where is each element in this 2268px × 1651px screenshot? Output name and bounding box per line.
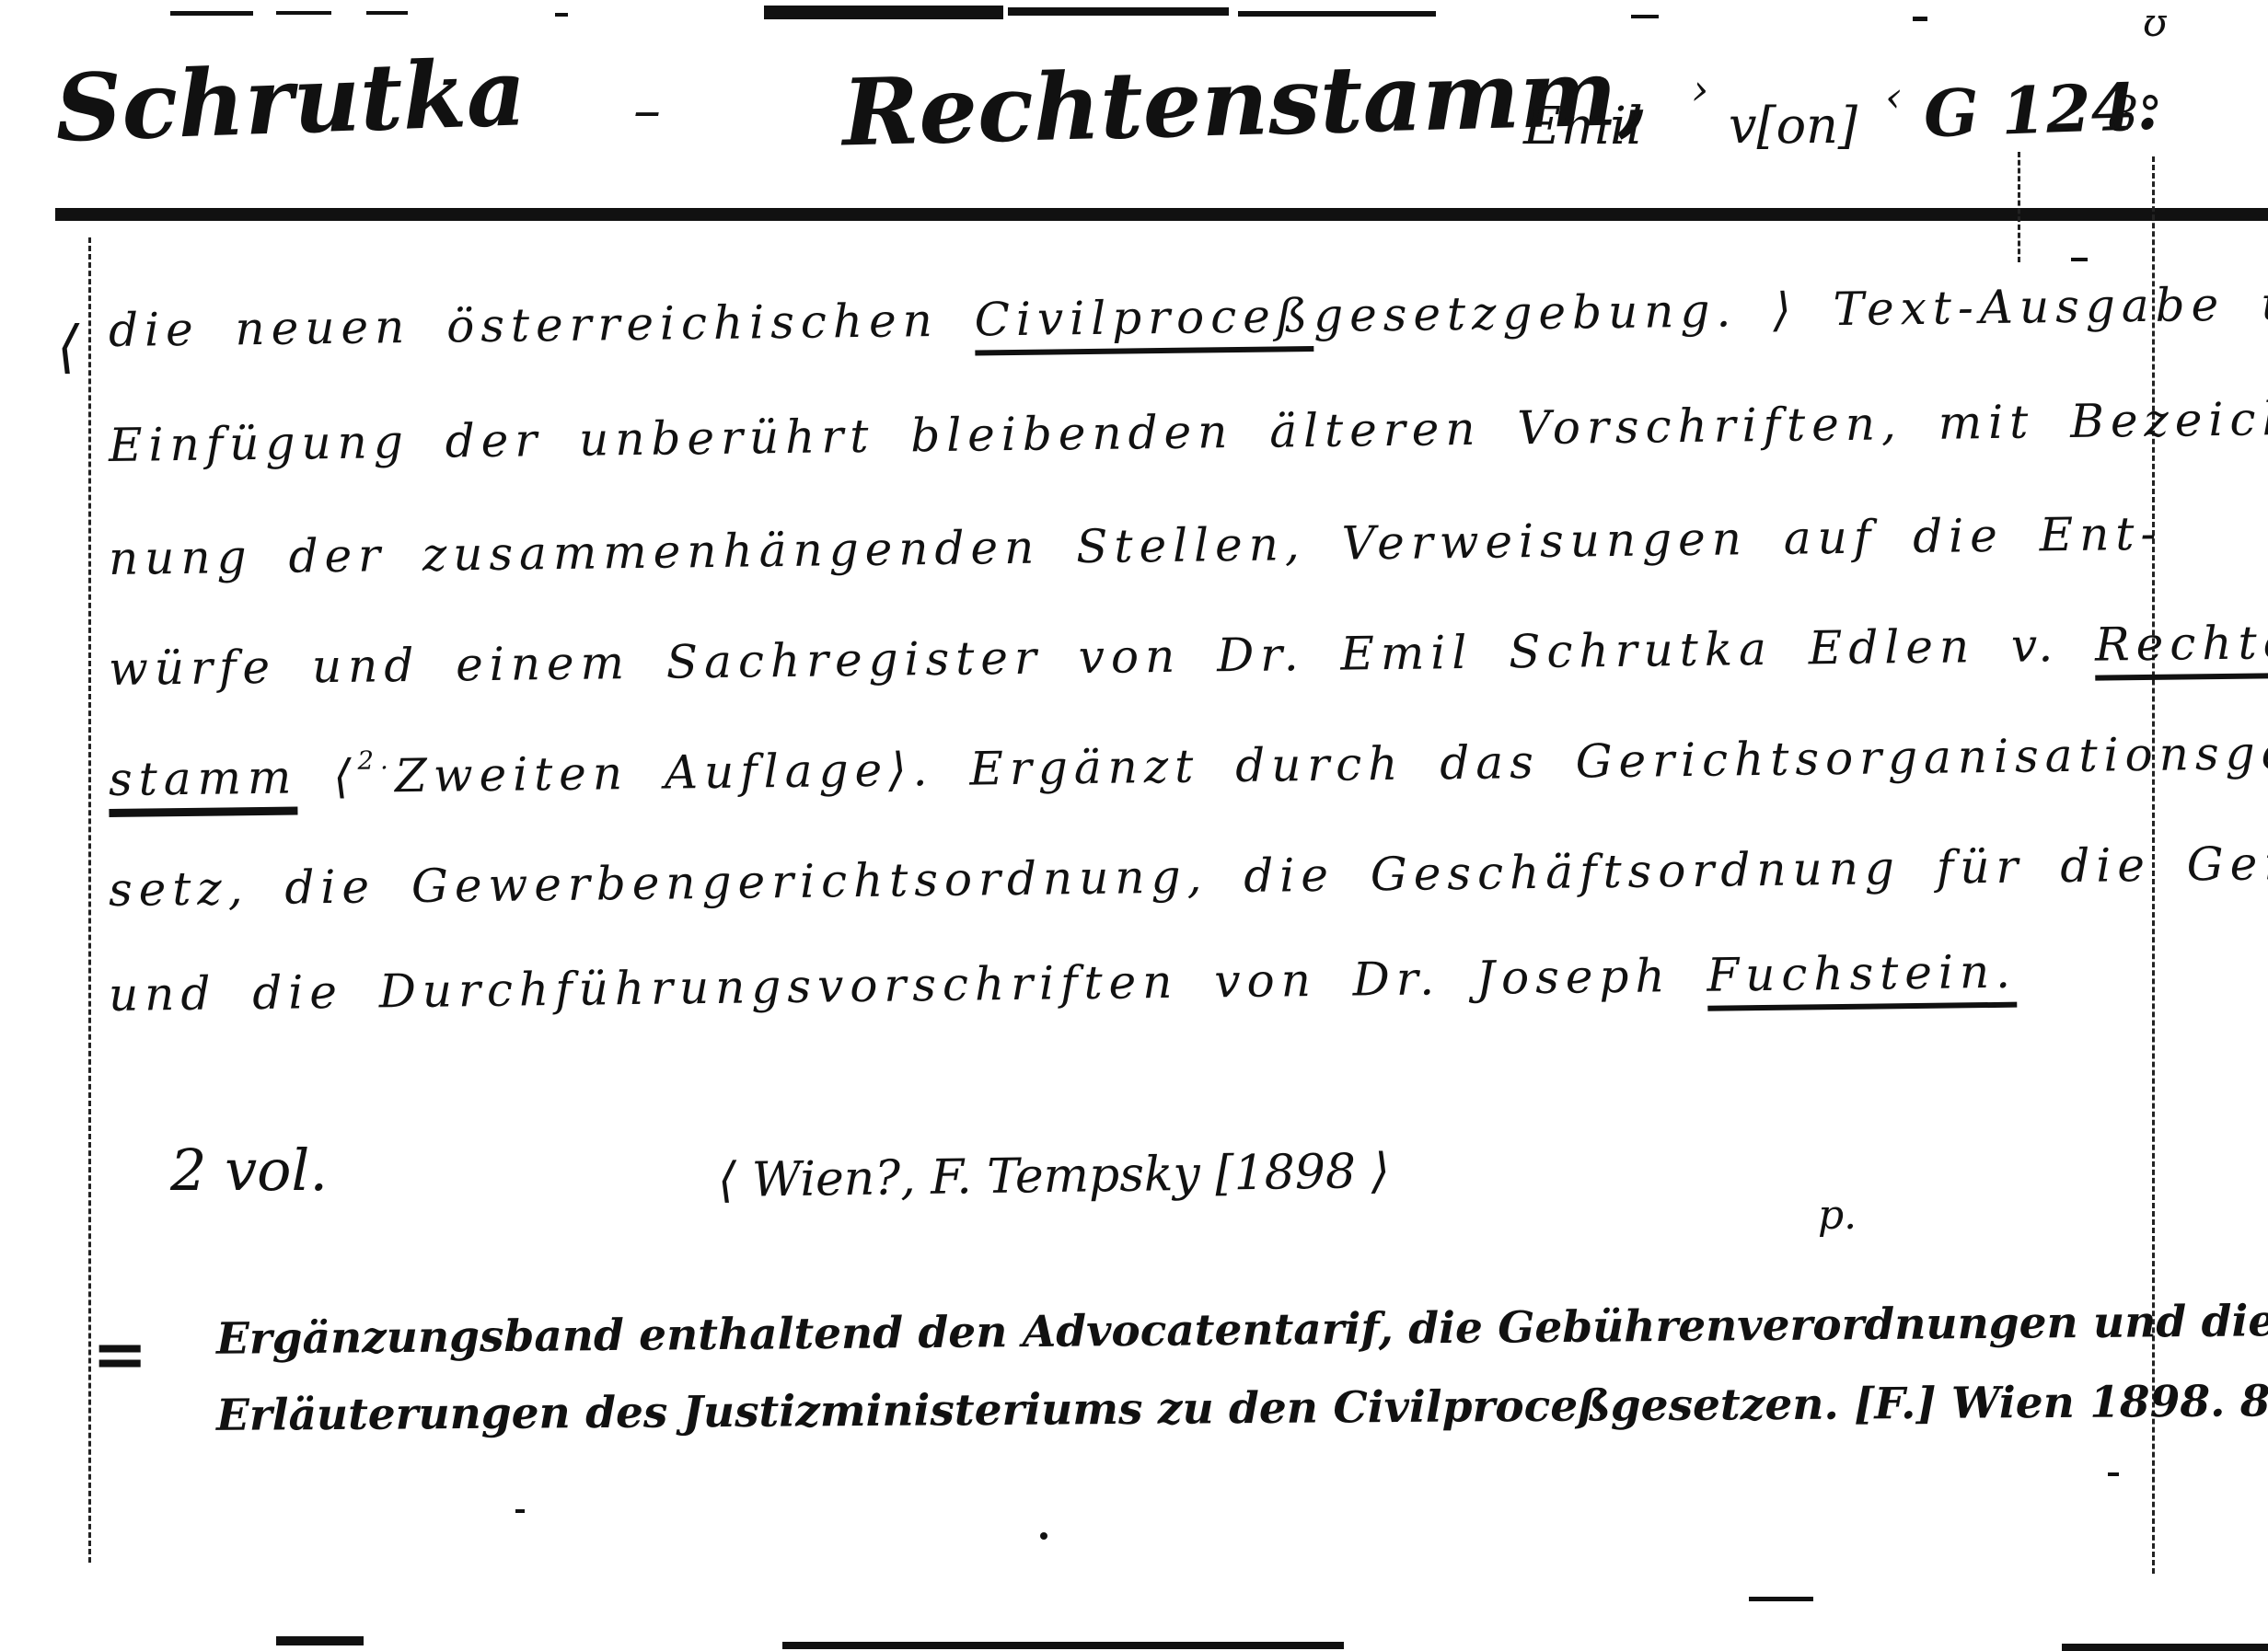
scan-artifact <box>1040 1532 1047 1540</box>
price-mark: p. <box>1818 1192 1857 1239</box>
scan-artifact <box>170 11 253 16</box>
insertion-caret-close: ‹ <box>1885 72 1902 121</box>
title-line-7-underlined: Fuchstein. <box>1707 945 2017 1011</box>
heading-name-particle: v[on] <box>1729 97 1857 155</box>
title-line-3-text: nung der zusammenhängenden Stellen, Verw… <box>109 507 2163 585</box>
title-line-7: und die Durchführungsvorschriften von Dr… <box>109 945 2018 1022</box>
scan-artifact <box>2062 1644 2268 1651</box>
title-line-7-pre: und die Durchführungsvorschriften von Dr… <box>109 949 1707 1022</box>
title-line-1-underlined: Civilproceß <box>974 289 1313 355</box>
scan-artifact <box>276 11 331 15</box>
title-line-1-post: gesetzgebung. ⟩ Text-Ausgabe unter <box>1313 275 2268 342</box>
title-line-2: Einfügung der unberührt bleibenden älter… <box>109 392 2268 472</box>
heading-author-left: Schrutka <box>53 38 527 163</box>
title-line-2-text: Einfügung der unberührt bleibenden älter… <box>109 392 2268 472</box>
title-line-4: würfe und einem Sachregister von Dr. Emi… <box>109 615 2268 696</box>
title-line-3: nung der zusammenhängenden Stellen, Verw… <box>109 507 2163 585</box>
note-line-2: Erläuterungen des Justizministeriums zu … <box>216 1376 2268 1441</box>
scan-artifact <box>1238 11 1436 17</box>
scan-artifact <box>1631 15 1659 18</box>
scan-artifact <box>2071 258 2088 261</box>
margin-open-bracket: ⟨ <box>57 313 79 380</box>
scan-artifact <box>555 13 568 17</box>
title-line-6-text: setz, die Gewerbengerichtsordnung, die G… <box>109 835 2268 917</box>
scan-artifact <box>2108 1472 2119 1476</box>
shelfmark-margin-tick <box>2018 152 2020 262</box>
scan-artifact <box>1749 1597 1813 1601</box>
title-line-4-pre: würfe und einem Sachregister von Dr. Emi… <box>109 618 2096 696</box>
heading-separator: – <box>633 78 661 143</box>
left-margin-line <box>88 237 91 1563</box>
scan-artifact <box>782 1642 1344 1649</box>
note-line-1: Ergänzungsband enthaltend den Advocatent… <box>216 1296 2268 1365</box>
volume-statement: 2 vol. <box>170 1137 328 1204</box>
scan-artifact <box>1913 17 1927 21</box>
title-line-6: setz, die Gewerbengerichtsordnung, die G… <box>109 835 2268 917</box>
format-mark: 8° <box>2108 87 2162 143</box>
note-equals-sign: = <box>92 1314 147 1392</box>
title-line-1-pre: die neuen österreichischen <box>109 294 975 357</box>
edition-superscript: 2. <box>357 745 395 775</box>
heading-forename: Emil <box>1523 97 1643 156</box>
title-line-5-underlined: stamm <box>109 750 298 817</box>
header-rule <box>55 208 2268 221</box>
scan-artifact <box>276 1636 364 1645</box>
title-line-5-mid: ⟨ <box>297 750 358 804</box>
scan-artifact <box>764 6 1003 19</box>
title-line-4-underlined: Rechten <box>2095 615 2268 680</box>
catalog-card: Schrutka – Rechtenstamm, Emil › v[on] ‹ … <box>0 0 2268 1651</box>
title-line-1: die neuen österreichischen Civilproceßge… <box>109 275 2268 357</box>
corner-mark: ʊ <box>2143 0 2167 45</box>
scan-artifact <box>515 1509 525 1513</box>
insertion-caret-open: › <box>1692 64 1708 114</box>
title-line-5: stamm ⟨2.Zweiten Auflage⟩. Ergänzt durch… <box>109 726 2268 806</box>
scan-artifact <box>1008 7 1229 16</box>
scan-artifact <box>366 11 408 15</box>
imprint-statement: ⟨ Wien?, F. Tempsky [1898 ⟩ <box>718 1144 1391 1208</box>
title-line-5-post: Zweiten Auflage⟩. Ergänzt durch das Geri… <box>395 726 2268 803</box>
